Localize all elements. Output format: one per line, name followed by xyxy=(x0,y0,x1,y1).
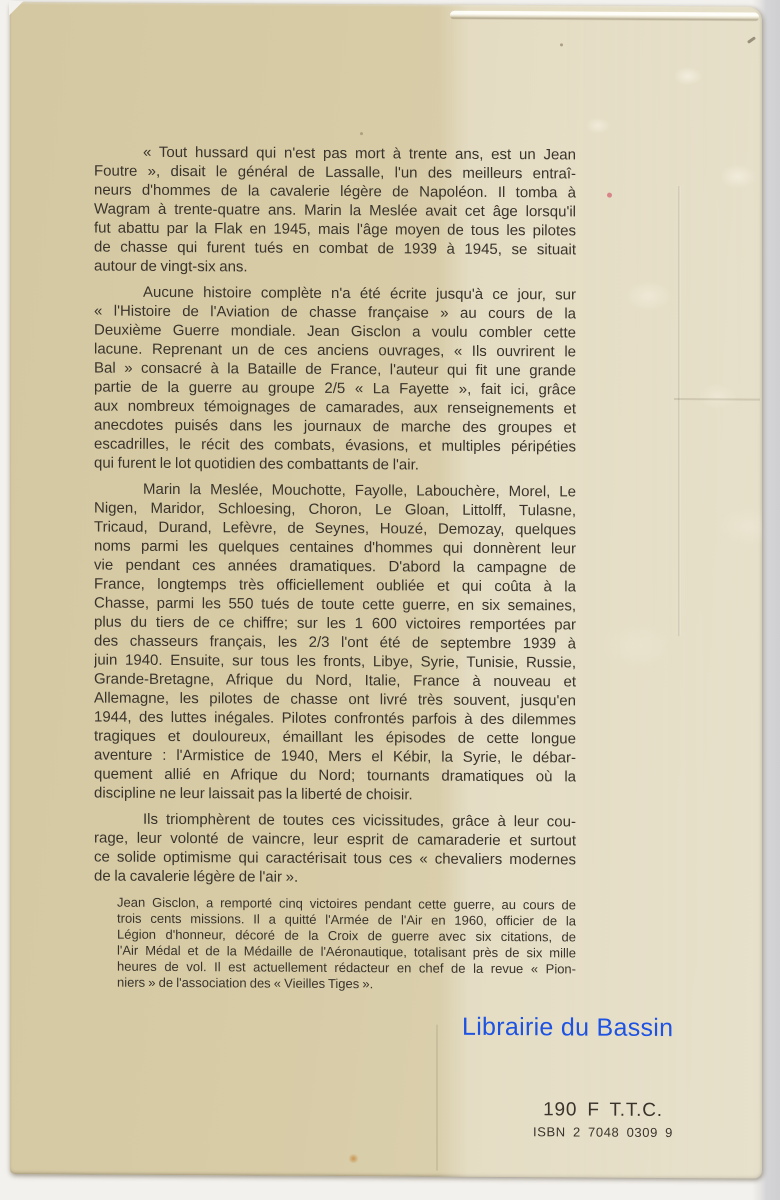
text-line: de la cavalerie légère de l'air ». xyxy=(94,867,576,889)
paper-speck xyxy=(360,132,363,135)
author-bio: Jean Gisclon, a remporté cinq victoires … xyxy=(94,895,576,994)
price-label: 190 F T.T.C. xyxy=(438,1099,768,1123)
paragraph-pilotes-noms: Marin la Meslée, Mouchotte, Fayolle, Lab… xyxy=(94,480,576,806)
rust-stain xyxy=(348,1154,359,1163)
blurb-text-column: « Tout hussard qui n'est pas mort à tren… xyxy=(94,143,576,1001)
pricing-block: 190 F T.T.C. ISBN 2 7048 0309 9 xyxy=(438,1099,768,1141)
isbn-label: ISBN 2 7048 0309 9 xyxy=(438,1124,768,1141)
scratch-mark xyxy=(747,36,756,44)
paper-speck xyxy=(560,43,563,46)
film-fold-highlight xyxy=(450,11,759,22)
text-line: discipline ne leur laissait pas la liber… xyxy=(94,784,576,806)
clipped-corner xyxy=(9,1,39,31)
bottom-film-edge-crease xyxy=(436,1025,438,1171)
text-line: niers » de l'association des « Vieilles … xyxy=(117,975,576,994)
book-back-cover: « Tout hussard qui n'est pas mort à tren… xyxy=(10,2,762,1179)
bookseller-stamp: Librairie du Bassin xyxy=(462,1013,673,1043)
paragraph-histoire-aviation: Aucune histoire complète n'a été écrite … xyxy=(94,283,576,476)
text-line: autour de vingt-six ans. xyxy=(94,257,576,279)
vertical-crease xyxy=(678,186,681,636)
paragraph-hussard-quote: « Tout hussard qui n'est pas mort à tren… xyxy=(94,143,576,279)
text-line: qui furent le lot quotidien des combatta… xyxy=(94,454,576,476)
red-ink-fleck xyxy=(607,193,612,198)
paragraph-triomphe: Ils triomphèrent de toutes ces vicissitu… xyxy=(94,810,576,889)
horizontal-crease xyxy=(674,398,760,401)
